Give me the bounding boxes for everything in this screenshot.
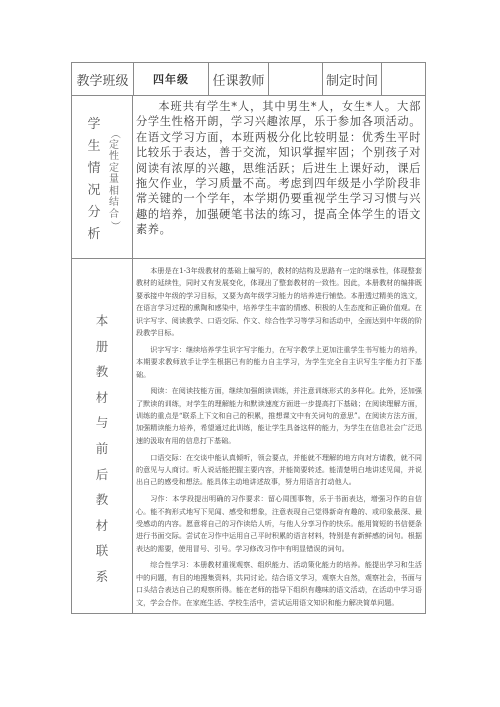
class-value: 四年级 <box>134 63 209 95</box>
teaching-plan-table: 教学班级 四年级 任课教师 制定时间 学 生 情 况 分 析 （ 定 性 定 量… <box>71 62 426 614</box>
class-label: 教学班级 <box>72 63 134 95</box>
teacher-value[interactable] <box>269 63 323 95</box>
paragraph-reading: 阅读：在阅读技能方面，继续加强朗读训练，并注意训练形式的多样化。此外，还加强了默… <box>136 385 422 447</box>
paragraph: 本班共有学生*人，其中男生*人，女生*人。大部分学生性格开朗，学习兴趣浓厚，乐于… <box>136 99 421 238</box>
date-label: 制定时间 <box>323 63 382 95</box>
student-analysis-row: 学 生 情 况 分 析 （ 定 性 定 量 相 结 合 ） 本班共有学生*人，其… <box>72 96 425 259</box>
paragraph-oral: 口语交际：在交谈中能认真倾听，领会要点，并能就不理解的地方向对方请教，就不同的意… <box>136 452 422 489</box>
student-analysis-label: 学 生 情 况 分 析 （ 定 性 定 量 相 结 合 ） <box>72 96 133 258</box>
textbook-links-title: 本 册 教 材 与 前 后 教 材 联 系 <box>94 313 110 595</box>
paragraph-overview: 本册是在1-3年级教材的基础上编写的，教材的结构及思路有一定的继承性，体现整套教… <box>136 265 422 339</box>
date-value[interactable] <box>382 63 426 95</box>
textbook-links-row: 本 册 教 材 与 前 后 教 材 联 系 本册是在1-3年级教材的基础上编写的… <box>72 259 425 614</box>
student-analysis-content: 本班共有学生*人，其中男生*人，女生*人。大部分学生性格开朗，学习兴趣浓厚，乐于… <box>136 99 421 238</box>
textbook-links-label: 本 册 教 材 与 前 后 教 材 联 系 <box>72 259 133 614</box>
textbook-links-content: 本册是在1-3年级教材的基础上编写的，教材的结构及思路有一定的继承性，体现整套教… <box>136 265 422 613</box>
header-row: 教学班级 四年级 任课教师 制定时间 <box>72 63 425 96</box>
paragraph-integrated: 综合性学习：本册教材重视观察、组织能力、活动策化能力的培养。能提出学习和生活中的… <box>136 559 422 609</box>
student-analysis-title: 学 生 情 况 分 析 <box>86 118 102 250</box>
paragraph-literacy: 识字写字：继续培养学生识字写字能力，在写字教学上更加注重学生书写能力的培养，本期… <box>136 344 422 381</box>
paragraph-writing: 习作：本学段提出明确的习作要求：留心周围事物，乐于书面表达，增强习作的自信心。能… <box>136 493 422 555</box>
teacher-label: 任课教师 <box>209 63 269 95</box>
student-analysis-subtitle: （ 定 性 定 量 相 结 合 ） <box>108 128 120 232</box>
